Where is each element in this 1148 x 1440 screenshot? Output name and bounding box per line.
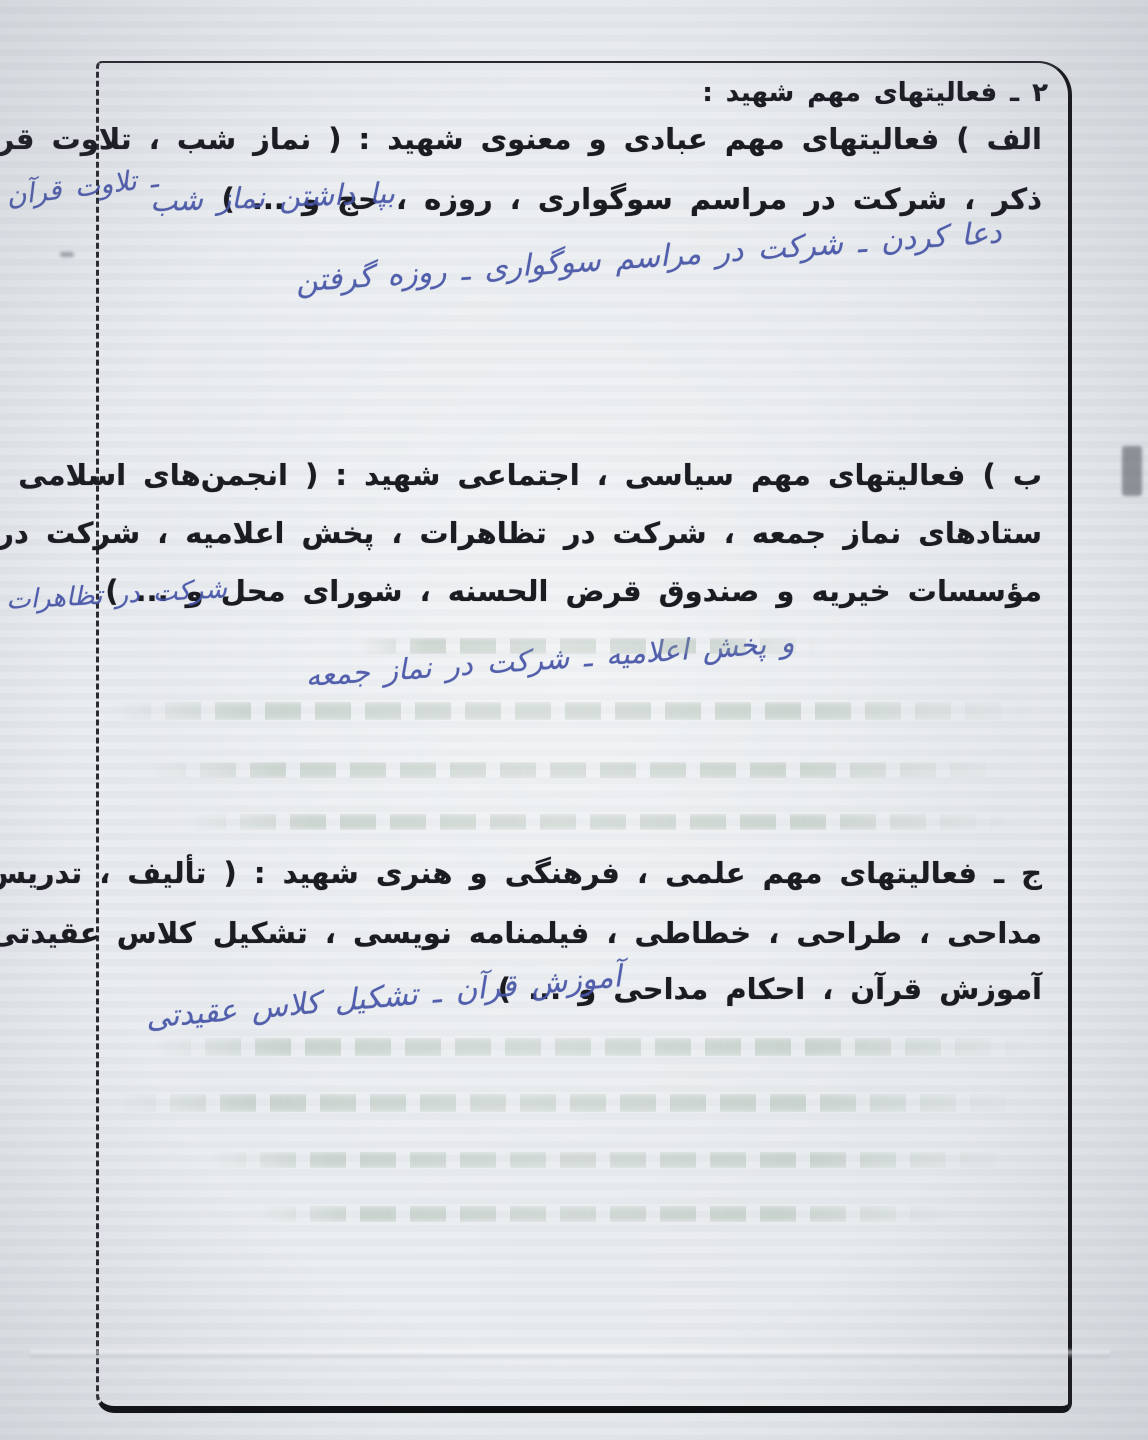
ink-bleedthrough-line — [190, 814, 1010, 830]
ink-bleedthrough-line — [150, 762, 1010, 778]
section-b-printed-line-3: مؤسسات خیریه و صندوق قرض الحسنه ، شورای … — [105, 574, 1042, 608]
ink-bleedthrough-line — [210, 1152, 1010, 1168]
ink-bleedthrough-line — [115, 702, 1030, 720]
ink-bleedthrough-line — [260, 1206, 950, 1222]
scanned-document-page: ۲ ـ فعالیتهای مهم شهید : الف ) فعالیتهای… — [0, 0, 1148, 1440]
section-b-printed-line-1: ب ) فعالیتهای مهم سیاسی ، اجتماعی شهید :… — [0, 458, 1042, 492]
ink-bleedthrough-line — [360, 638, 820, 654]
ink-bleedthrough-line — [155, 1038, 1030, 1056]
section-b-printed-line-2: ستادهای نماز جمعه ، شرکت در تظاهرات ، پخ… — [0, 516, 1042, 550]
section-c-printed-line-2: مداحی ، طراحی ، خطاطی ، فیلمنامه نویسی ،… — [0, 916, 1042, 950]
section-c-printed-line-1: ج ـ فعالیتهای مهم علمی ، فرهنگی و هنری ش… — [0, 856, 1042, 890]
scan-artifact-left-edge — [60, 252, 74, 257]
scan-artifact-right-edge — [1122, 446, 1142, 496]
section-a-printed-line-1: الف ) فعالیتهای مهم عبادی و معنوی شهید :… — [0, 122, 1042, 156]
ink-bleedthrough-line — [120, 1094, 1025, 1112]
page-title: ۲ ـ فعالیتهای مهم شهید : — [702, 78, 1048, 108]
paper-crease — [30, 1348, 1110, 1360]
